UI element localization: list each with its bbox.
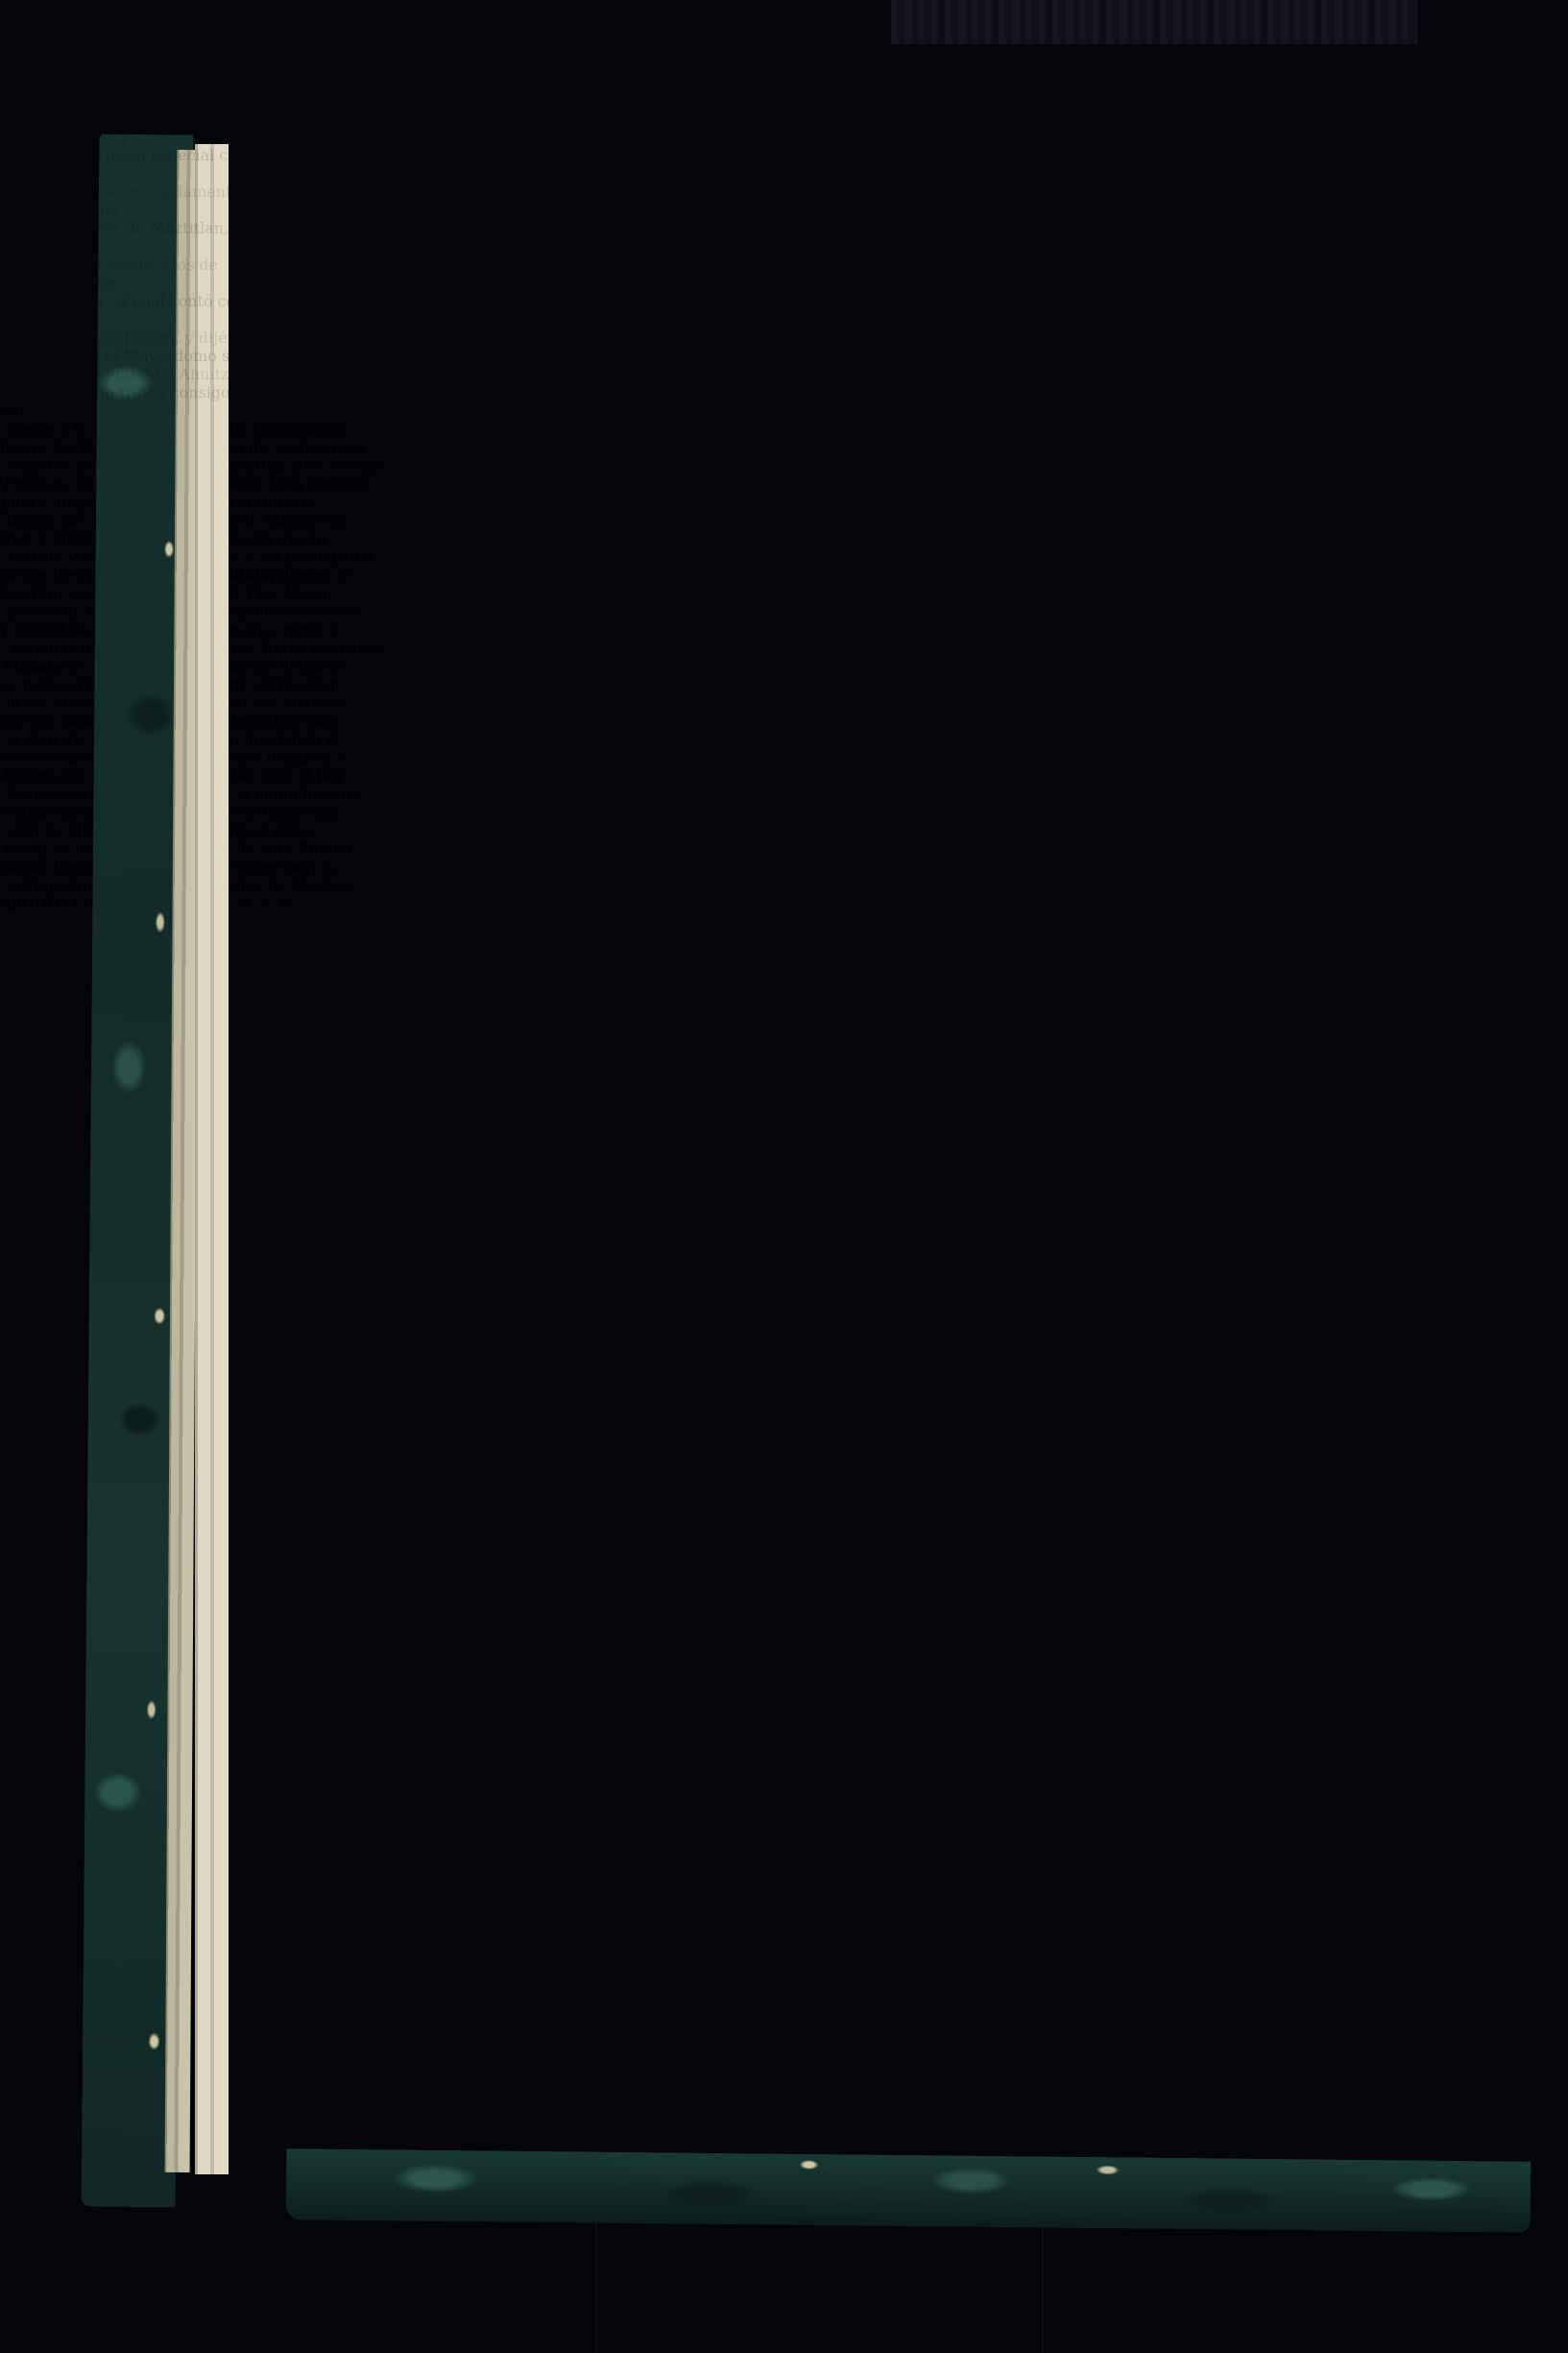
underlined-name: Zihua_ bbox=[272, 821, 324, 839]
cloth-seam bbox=[1042, 2209, 1044, 2353]
ghost-text-fragment: los mensageros de Meztitlan, qf. allá ha… bbox=[0, 219, 298, 255]
ghost-text-fragment: domos qf. tuviesen especial cuenta con e… bbox=[0, 146, 288, 182]
ghost-text-fragment: trar, y dijéronle la buena embajada que … bbox=[0, 73, 288, 109]
ghost-text-fragment: de los tres pueblos Tecvac, Hiliuhquitep… bbox=[0, 109, 269, 146]
ghost-text-fragment: dijeron como traian á los de Meztitlan s… bbox=[0, 255, 269, 292]
cloth-seam bbox=[595, 2209, 597, 2353]
ghost-text-fragment: quiero luego dar noticia al Rey Ahuitzot… bbox=[0, 36, 269, 73]
ghost-text-fragment: á Mechoacan, el cual contó como llegaron… bbox=[0, 292, 288, 328]
bleedthrough-ghost-text: sageros de los Pueblos de Zacatlan y los… bbox=[0, 0, 1568, 401]
ghost-text-fragment: Luego que lo entendió Ahuitzotl, hízolos… bbox=[0, 365, 730, 383]
ghost-text-fragment: cieron, y como traian consigo á los prin… bbox=[0, 383, 653, 401]
backdrop-cloth-texture bbox=[891, 0, 1417, 44]
photo-background: sageros de los Pueblos de Zacatlan y los… bbox=[0, 0, 1568, 2353]
page-stack-edge bbox=[228, 142, 247, 2174]
ghost-text-fragment: comidas muy aventajadamente, flores rosa… bbox=[0, 182, 269, 219]
ghost-text-fragment: mayor de Tenuchtitlan, y dijéronle: somo… bbox=[0, 328, 730, 347]
book-cover-marbled-bottom-edge bbox=[286, 2148, 1532, 2233]
page-stack-edge bbox=[195, 144, 229, 2174]
ghost-text-fragment: sageros de los Pueblos de Zacatlan y los… bbox=[0, 0, 288, 36]
ghost-text-fragment: Pueblos; dijo el Mayordomo seais bien ve… bbox=[0, 347, 672, 365]
